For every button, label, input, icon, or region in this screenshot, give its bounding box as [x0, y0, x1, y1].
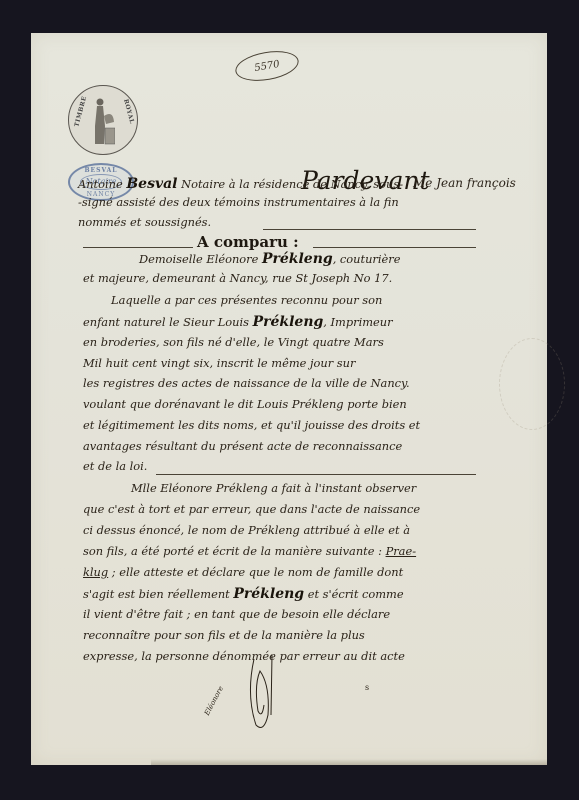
paragraph-line: s'agit est bien réellement Prékleng et s…	[83, 586, 528, 602]
comparant-surname: Prékleng	[262, 251, 333, 267]
paragraph-line: Mil huit cent vingt six, inscrit le même…	[83, 356, 528, 370]
filler-rule	[83, 247, 193, 248]
margin-signature-note: Eléonore	[203, 685, 225, 717]
paragraph-line: il vient d'être fait ; en tant que de be…	[83, 607, 528, 621]
paragraph-line: que c'est à tort et par erreur, que dans…	[83, 502, 528, 516]
intro-line: Antoine Besval Notaire à la résidence de…	[78, 176, 523, 192]
paragraph-line: enfant naturel le Sieur Louis Prékleng, …	[83, 314, 528, 330]
paragraph-line: klug ; elle atteste et déclare que le no…	[83, 565, 528, 579]
erroneous-spelling: klug	[83, 565, 108, 579]
erroneous-spelling: Prae-	[386, 544, 417, 558]
ink-marks: s	[365, 683, 369, 692]
filler-rule	[156, 474, 476, 475]
signature-flourish-icon	[244, 655, 294, 735]
royal-stamp: TIMBRE ROYAL	[68, 85, 138, 155]
royal-figure-icon	[91, 96, 115, 146]
intro-line: -signé assisté des deux témoins instrume…	[78, 195, 523, 209]
royal-stamp-left-text: TIMBRE	[73, 95, 88, 127]
correct-surname: Prékleng	[233, 586, 304, 602]
section-heading: A comparu :	[197, 233, 299, 251]
document-page: 5570 TIMBRE ROYAL BESVAL Notaire NANCY P…	[31, 33, 547, 765]
paragraph-line: et majeure, demeurant à Nancy, rue St Jo…	[83, 271, 528, 285]
paragraph-line: ci dessus énoncé, le nom de Prékleng att…	[83, 523, 528, 537]
folio-number: 5570	[233, 47, 301, 86]
paragraph-line: avantages résultant du présent acte de r…	[83, 439, 528, 453]
filler-rule	[263, 229, 476, 230]
royal-stamp-right-text: ROYAL	[122, 98, 135, 124]
paragraph-line: Mlle Eléonore Prékleng a fait à l'instan…	[131, 481, 576, 495]
paragraph-line: en broderies, son fils né d'elle, le Vin…	[83, 335, 528, 349]
paragraph-line: reconnaître pour son fils et de la maniè…	[83, 628, 528, 642]
paragraph-line: les registres des actes de naissance de …	[83, 376, 528, 390]
notary-surname: Besval	[126, 176, 177, 192]
paragraph-line: et de la loi.	[83, 459, 528, 473]
paragraph-line: Demoiselle Eléonore Prékleng, couturière	[139, 251, 579, 267]
paragraph-line: et légitimement les dits noms, et qu'il …	[83, 418, 528, 432]
child-surname: Prékleng	[253, 314, 324, 330]
paragraph-line: son fils, a été porté et écrit de la man…	[83, 544, 528, 558]
paragraph-line: Laquelle a par ces présentes reconnu pou…	[111, 293, 556, 307]
filler-rule	[313, 247, 476, 248]
paragraph-line: voulant que dorénavant le dit Louis Prék…	[83, 397, 528, 411]
paragraph-line: expresse, la personne dénommée par erreu…	[83, 649, 528, 663]
intro-line: nommés et soussignés.	[78, 215, 523, 229]
